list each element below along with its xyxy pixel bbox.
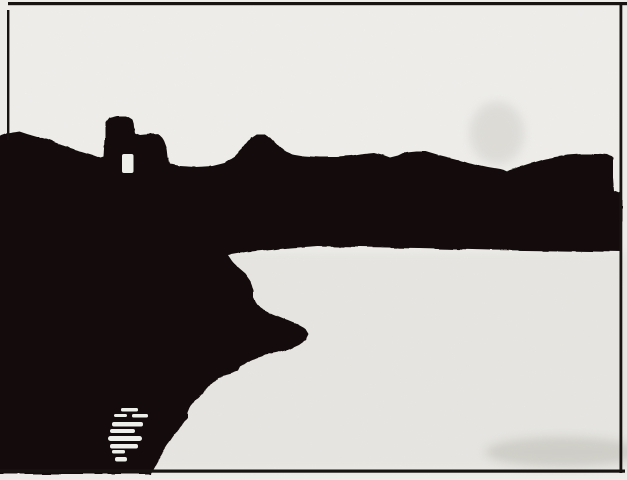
paper-grain-texture (0, 0, 627, 480)
print-canvas (0, 0, 627, 480)
print-svg (0, 0, 627, 480)
